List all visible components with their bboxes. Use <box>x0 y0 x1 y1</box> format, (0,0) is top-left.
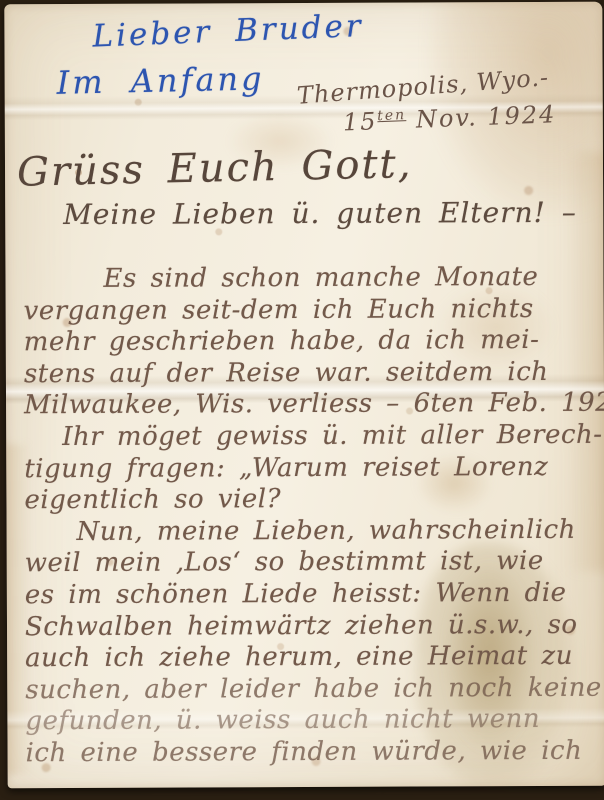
paragraph-2: Ihr möget gewiss ü. mit aller Berech- ti… <box>24 420 600 517</box>
body-line: mehr geschrieben habe, da ich mei- <box>24 325 600 359</box>
annotation-lieber-bruder: Lieber Bruder <box>92 8 365 55</box>
date-ordinal: ten <box>377 107 407 124</box>
date-month-year: Nov. 1924 <box>415 100 556 133</box>
body-line: Es sind schon manche Monate <box>23 262 599 296</box>
salutation-greeting: Grüss Euch Gott, <box>17 141 413 196</box>
body-line: Milwaukee, Wis. verliess – 6ten Feb. 192… <box>24 388 600 422</box>
body-line: suchen, aber leider habe ich noch keine <box>25 672 601 706</box>
letter-date: 15ten Nov. 1924 <box>342 100 557 136</box>
body-line: eigentlich so viel? <box>24 483 600 517</box>
body-line: stens auf der Reise war. seitdem ich <box>24 356 600 390</box>
body-line: es im schönen Liede heisst: Wenn die <box>25 578 601 612</box>
body-line: gefunden, ü. weiss auch nicht wenn <box>25 704 601 738</box>
body-line: auch ich ziehe herum, eine Heimat zu <box>25 641 601 675</box>
date-day: 15 <box>342 107 378 136</box>
annotation-im-anfang: Im Anfang <box>56 59 265 102</box>
salutation-addressees: Meine Lieben ü. guten Eltern! – <box>63 196 577 231</box>
body-line: Nun, meine Lieben, wahrscheinlich <box>25 514 601 548</box>
letter-page: Lieber Bruder Im Anfang Thermopolis, Wyo… <box>4 2 604 789</box>
body-line: vergangen seit-dem ich Euch nichts <box>24 293 600 327</box>
paragraph-3: Nun, meine Lieben, wahrscheinlich weil m… <box>25 514 602 769</box>
body-line: Schwalben heimwärtz ziehen ü.s.w., so <box>25 609 601 643</box>
body-line: tigung fragen: „Warum reiset Lorenz <box>24 451 600 485</box>
body-line: weil mein ‚Los‘ so bestimmt ist, wie <box>25 546 601 580</box>
paragraph-1: Es sind schon manche Monate vergangen se… <box>23 262 600 422</box>
body-line: ich eine bessere finden würde, wie ich <box>25 736 601 770</box>
body-line: Ihr möget gewiss ü. mit aller Berech- <box>24 420 600 454</box>
letter-body: Es sind schon manche Monate vergangen se… <box>23 262 601 770</box>
